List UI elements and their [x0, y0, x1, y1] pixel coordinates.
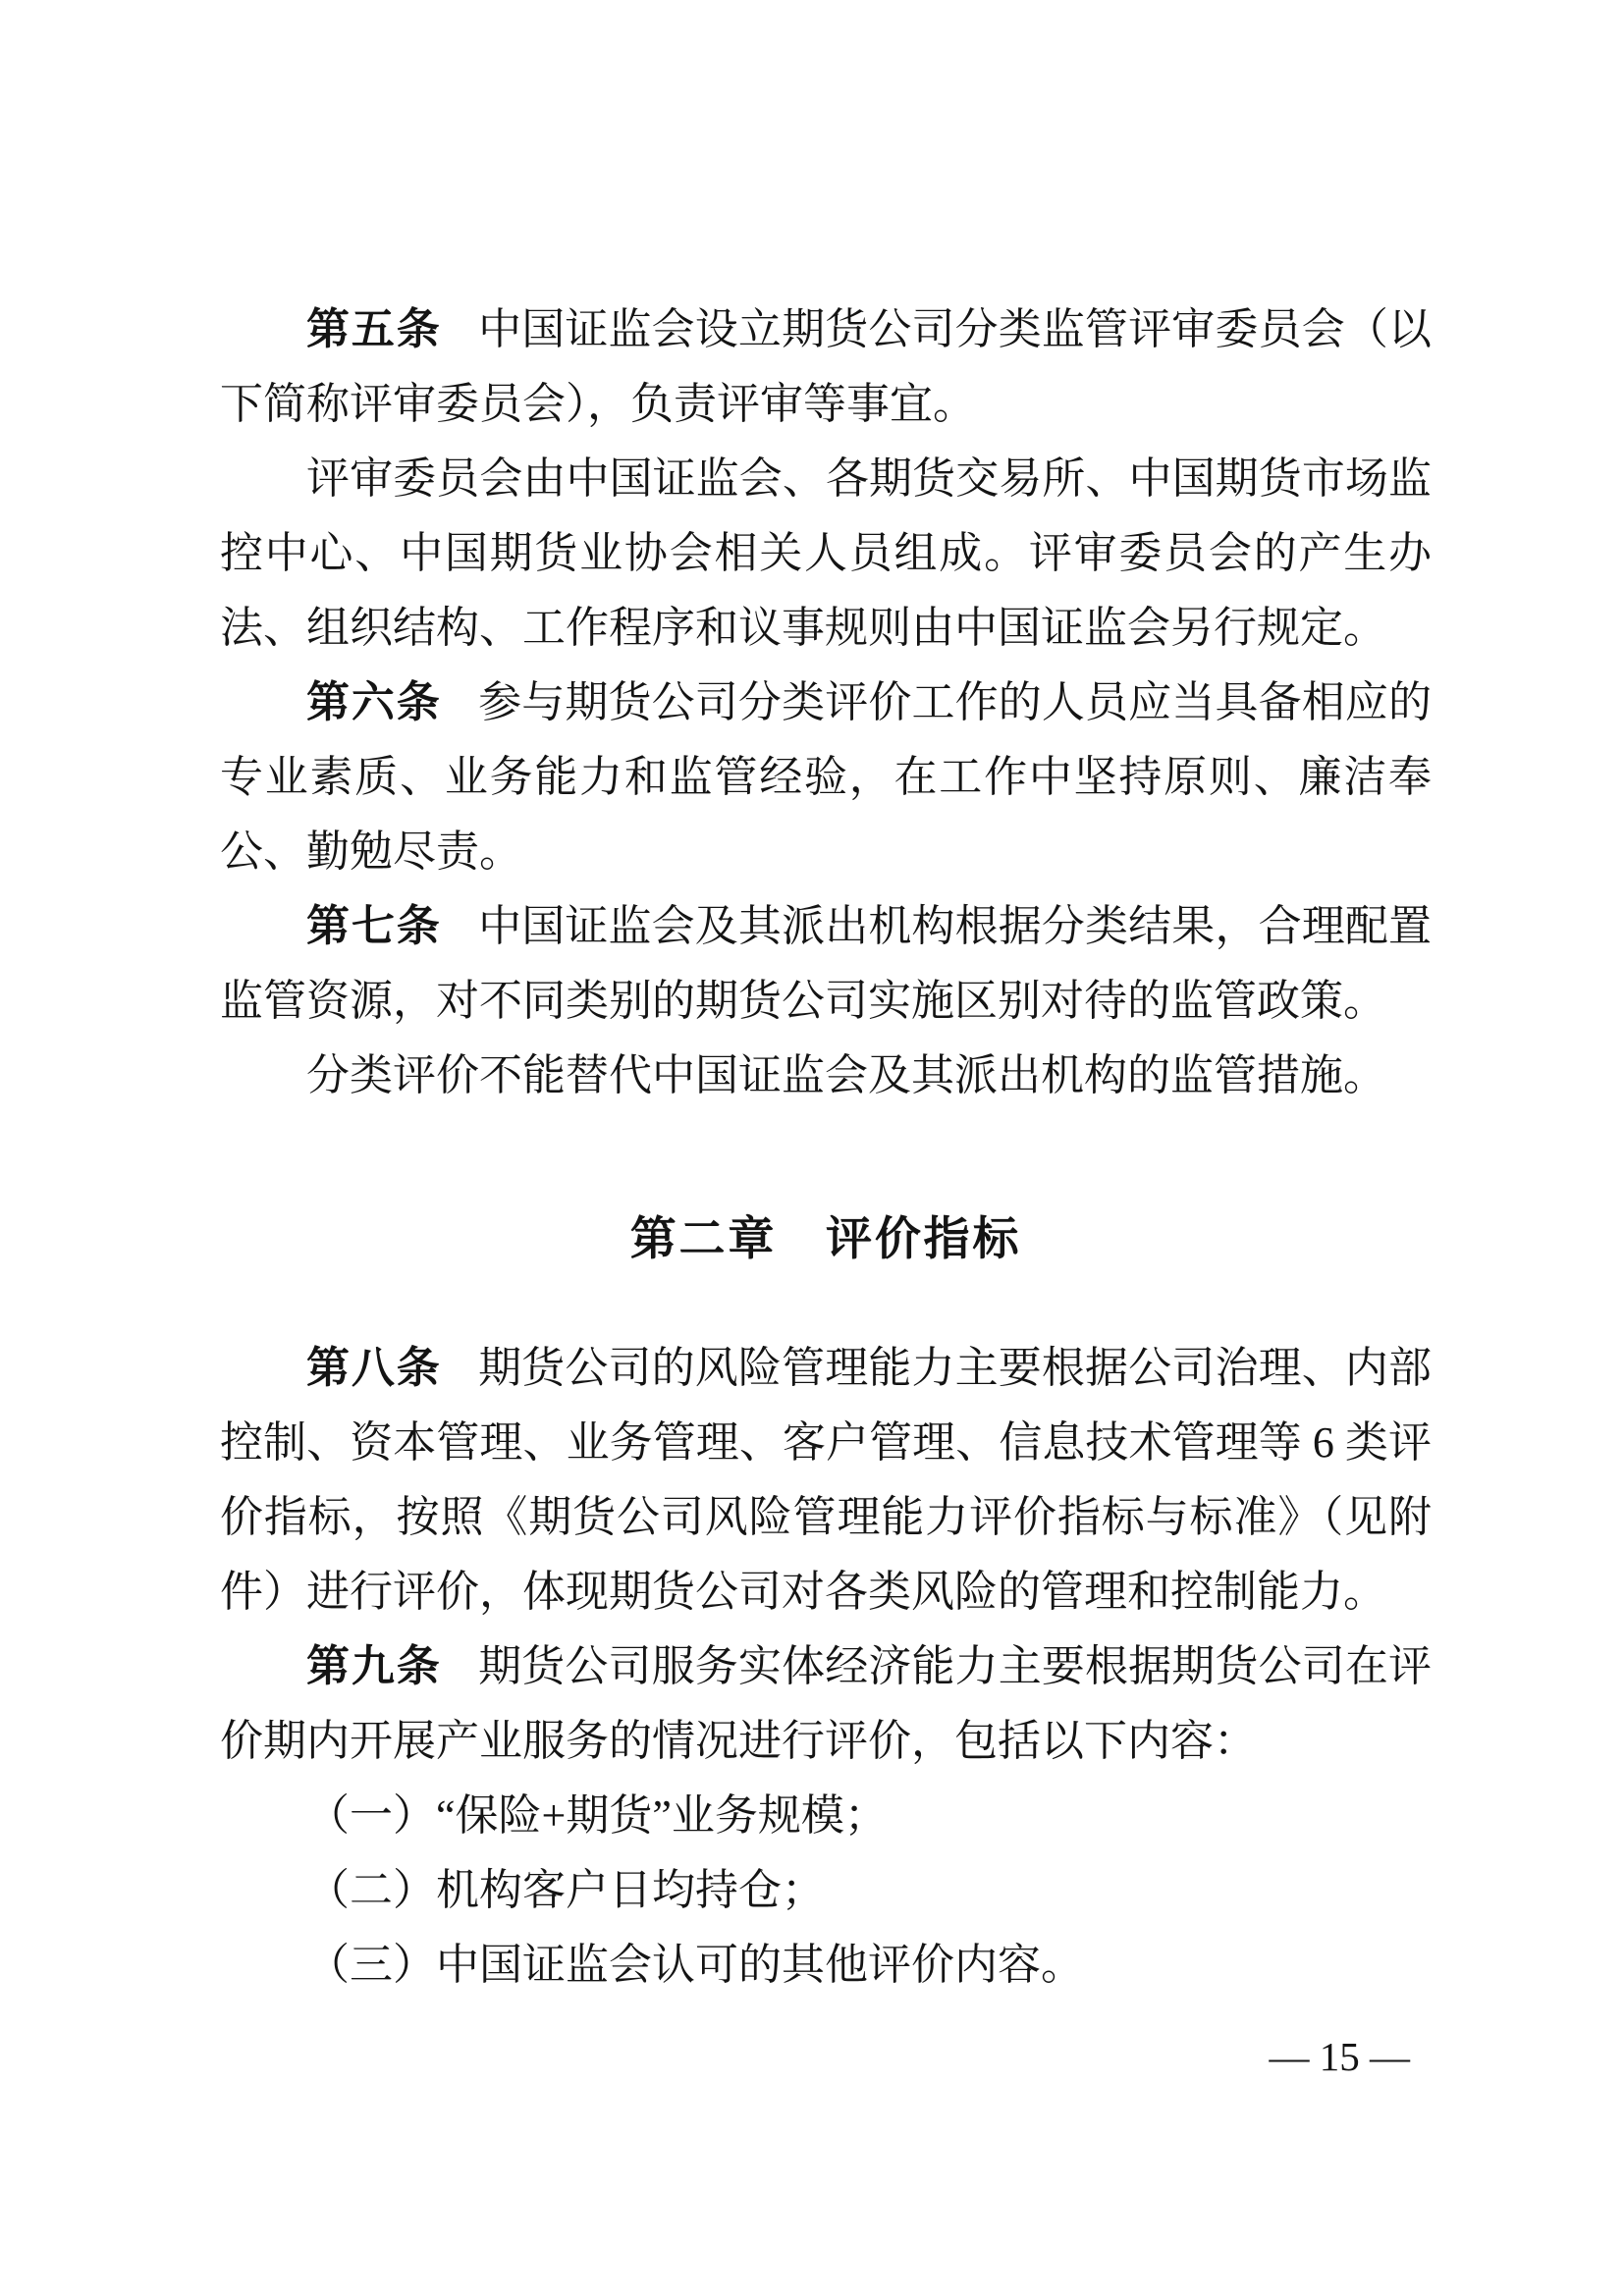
- article-6-label: 第六条: [306, 678, 442, 726]
- article-7-label: 第七条: [306, 902, 442, 950]
- article-8-paragraph: 第八条期货公司的风险管理能力主要根据公司治理、内部控制、资本管理、业务管理、客户…: [220, 1331, 1432, 1629]
- document-page: 第五条中国证监会设立期货公司分类监管评审委员会（以下简称评审委员会），负责评审等…: [0, 0, 1624, 2296]
- article-7-continuation-text: 分类评价不能替代中国证监会及其派出机构的监管措施。: [306, 1051, 1386, 1099]
- article-9-item-2: （二）机构客户日均持仓；: [220, 1853, 1432, 1928]
- document-body: 第五条中国证监会设立期货公司分类监管评审委员会（以下简称评审委员会），负责评审等…: [220, 293, 1432, 2002]
- article-9-paragraph: 第九条期货公司服务实体经济能力主要根据期货公司在评价期内开展产业服务的情况进行评…: [220, 1629, 1432, 1779]
- article-7-continuation-paragraph: 分类评价不能替代中国证监会及其派出机构的监管措施。: [220, 1039, 1432, 1113]
- page-number: — 15 —: [1270, 2032, 1411, 2081]
- chapter-2-heading: 第二章 评价指标: [220, 1201, 1432, 1276]
- article-5-label: 第五条: [306, 305, 442, 353]
- article-5-paragraph: 第五条中国证监会设立期货公司分类监管评审委员会（以下简称评审委员会），负责评审等…: [220, 293, 1432, 442]
- article-5-continuation-text: 评审委员会由中国证监会、各期货交易所、中国期货市场监控中心、中国期货业协会相关人…: [220, 454, 1432, 652]
- article-5-continuation-paragraph: 评审委员会由中国证监会、各期货交易所、中国期货市场监控中心、中国期货业协会相关人…: [220, 442, 1432, 666]
- article-9-label: 第九条: [306, 1642, 442, 1690]
- article-9-item-2-text: （二）机构客户日均持仓；: [306, 1866, 825, 1914]
- article-9-item-1: （一）“保险+期货”业务规模；: [220, 1779, 1432, 1853]
- article-9-item-3: （三）中国证监会认可的其他评价内容。: [220, 1928, 1432, 2002]
- article-8-label: 第八条: [306, 1344, 442, 1392]
- article-9-item-1-text: （一）“保险+期货”业务规模；: [306, 1791, 888, 1840]
- article-9-item-3-text: （三）中国证监会认可的其他评价内容。: [306, 1941, 1084, 1989]
- article-7-paragraph: 第七条中国证监会及其派出机构根据分类结果，合理配置监管资源，对不同类别的期货公司…: [220, 889, 1432, 1039]
- article-6-paragraph: 第六条参与期货公司分类评价工作的人员应当具备相应的专业素质、业务能力和监管经验，…: [220, 666, 1432, 889]
